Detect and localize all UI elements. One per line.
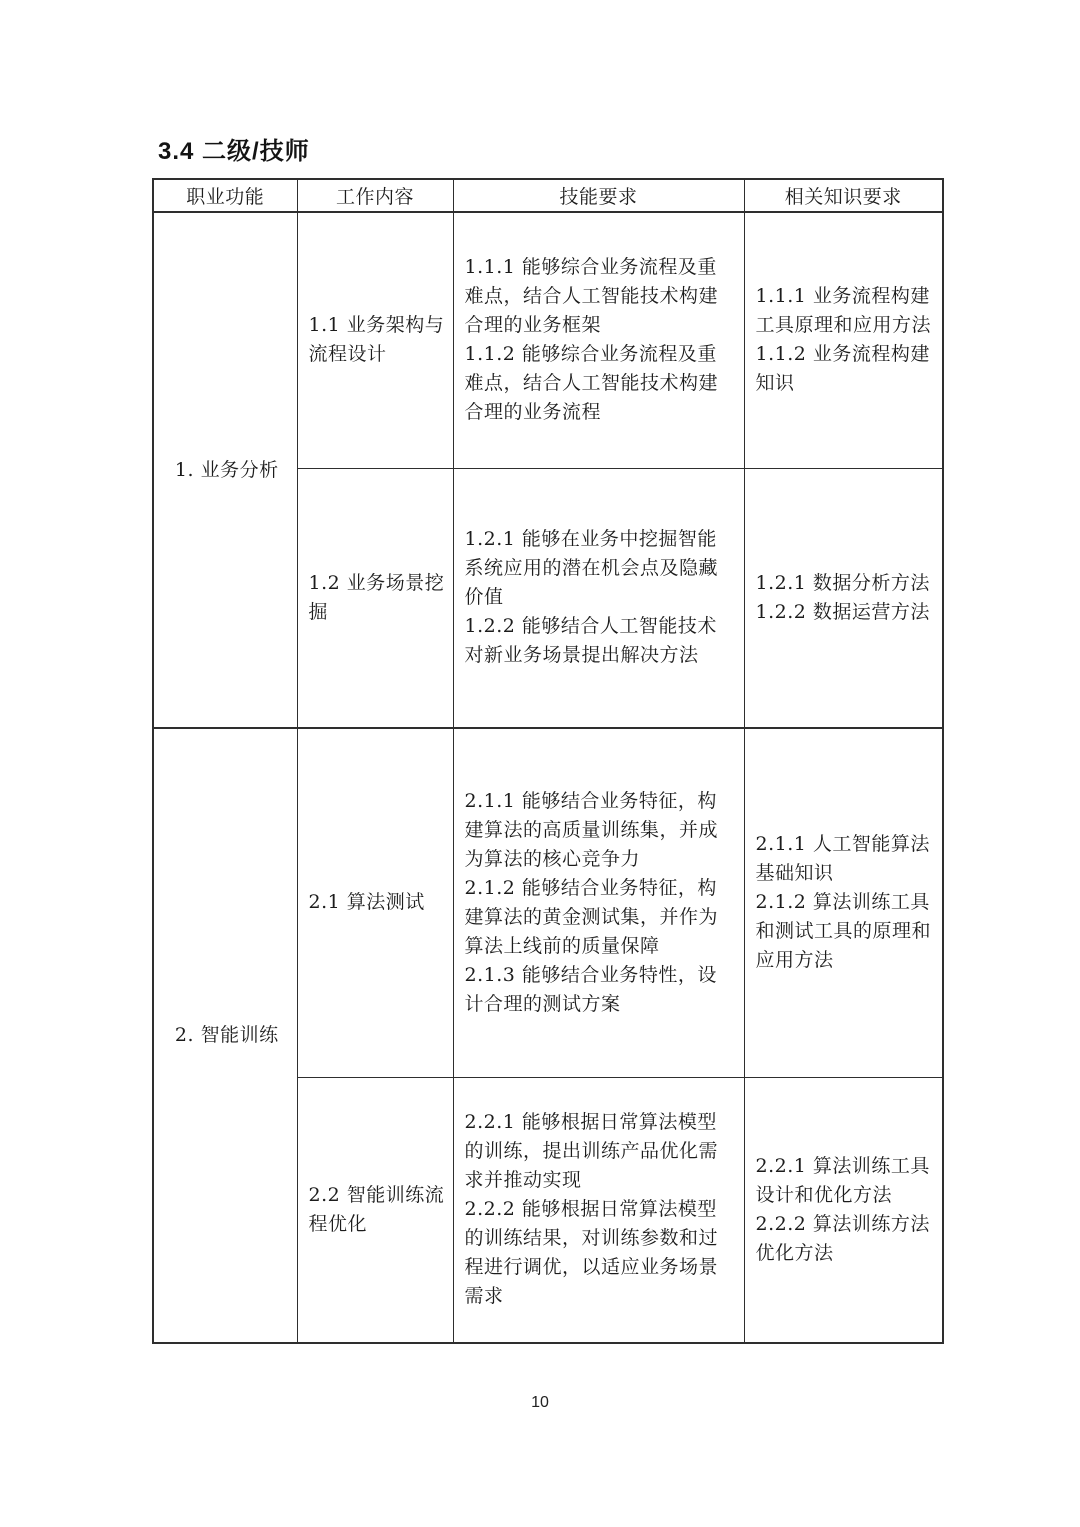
table-row: 1. 业务分析 1.1 业务架构与流程设计 1.1.1 能够综合业务流程及重难点… (153, 212, 943, 468)
work-cell: 1.2 业务场景挖掘 (297, 468, 453, 728)
skill-item: 2.1.1 能够结合业务特征，构建算法的高质量训练集，并成为算法的核心竞争力 (465, 787, 736, 874)
page-number: 10 (0, 1394, 1080, 1412)
function-cell-intelligent-training: 2. 智能训练 (153, 728, 297, 1343)
skills-cell: 1.2.1 能够在业务中挖掘智能系统应用的潜在机会点及隐藏价值 1.2.2 能够… (453, 468, 744, 728)
knowledge-item: 1.1.2 业务流程构建知识 (756, 340, 935, 398)
skill-item: 2.1.2 能够结合业务特征，构建算法的黄金测试集，并作为算法上线前的质量保障 (465, 874, 736, 961)
knowledge-cell: 1.2.1 数据分析方法 1.2.2 数据运营方法 (744, 468, 943, 728)
knowledge-item: 1.1.1 业务流程构建工具原理和应用方法 (756, 282, 935, 340)
skill-item: 1.2.2 能够结合人工智能技术对新业务场景提出解决方法 (465, 612, 736, 670)
work-cell: 2.2 智能训练流程优化 (297, 1077, 453, 1343)
knowledge-item: 1.2.2 数据运营方法 (756, 598, 935, 627)
col-header-occupational-function: 职业功能 (153, 179, 297, 212)
knowledge-item: 1.2.1 数据分析方法 (756, 569, 935, 598)
table-row: 2. 智能训练 2.1 算法测试 2.1.1 能够结合业务特征，构建算法的高质量… (153, 728, 943, 1077)
skills-cell: 2.2.1 能够根据日常算法模型的训练，提出训练产品优化需求并推动实现 2.2.… (453, 1077, 744, 1343)
table-header-row: 职业功能 工作内容 技能要求 相关知识要求 (153, 179, 943, 212)
skill-item: 2.2.2 能够根据日常算法模型的训练结果，对训练参数和过程进行调优，以适应业务… (465, 1195, 736, 1311)
skill-item: 1.1.1 能够综合业务流程及重难点，结合人工智能技术构建合理的业务框架 (465, 253, 736, 340)
skill-item: 2.1.3 能够结合业务特性，设计合理的测试方案 (465, 961, 736, 1019)
knowledge-cell: 1.1.1 业务流程构建工具原理和应用方法 1.1.2 业务流程构建知识 (744, 212, 943, 468)
col-header-knowledge-requirements: 相关知识要求 (744, 179, 943, 212)
skills-cell: 1.1.1 能够综合业务流程及重难点，结合人工智能技术构建合理的业务框架 1.1… (453, 212, 744, 468)
skills-cell: 2.1.1 能够结合业务特征，构建算法的高质量训练集，并成为算法的核心竞争力 2… (453, 728, 744, 1077)
col-header-skill-requirements: 技能要求 (453, 179, 744, 212)
skill-item: 1.1.2 能够综合业务流程及重难点，结合人工智能技术构建合理的业务流程 (465, 340, 736, 427)
knowledge-cell: 2.2.1 算法训练工具设计和优化方法 2.2.2 算法训练方法优化方法 (744, 1077, 943, 1343)
skill-item: 1.2.1 能够在业务中挖掘智能系统应用的潜在机会点及隐藏价值 (465, 525, 736, 612)
knowledge-item: 2.1.1 人工智能算法基础知识 (756, 830, 935, 888)
section-title: 3.4 二级/技师 (158, 131, 310, 166)
work-cell: 1.1 业务架构与流程设计 (297, 212, 453, 468)
knowledge-item: 2.1.2 算法训练工具和测试工具的原理和应用方法 (756, 888, 935, 975)
skill-standard-table: 职业功能 工作内容 技能要求 相关知识要求 1. 业务分析 1.1 业务架构与流… (152, 178, 944, 1344)
col-header-work-content: 工作内容 (297, 179, 453, 212)
knowledge-item: 2.2.1 算法训练工具设计和优化方法 (756, 1152, 935, 1210)
skill-item: 2.2.1 能够根据日常算法模型的训练，提出训练产品优化需求并推动实现 (465, 1108, 736, 1195)
work-cell: 2.1 算法测试 (297, 728, 453, 1077)
knowledge-cell: 2.1.1 人工智能算法基础知识 2.1.2 算法训练工具和测试工具的原理和应用… (744, 728, 943, 1077)
knowledge-item: 2.2.2 算法训练方法优化方法 (756, 1210, 935, 1268)
function-cell-business-analysis: 1. 业务分析 (153, 212, 297, 728)
document-page: 3.4 二级/技师 职业功能 工作内容 技能要求 相关知识要求 1. 业务分析 … (0, 0, 1080, 1527)
